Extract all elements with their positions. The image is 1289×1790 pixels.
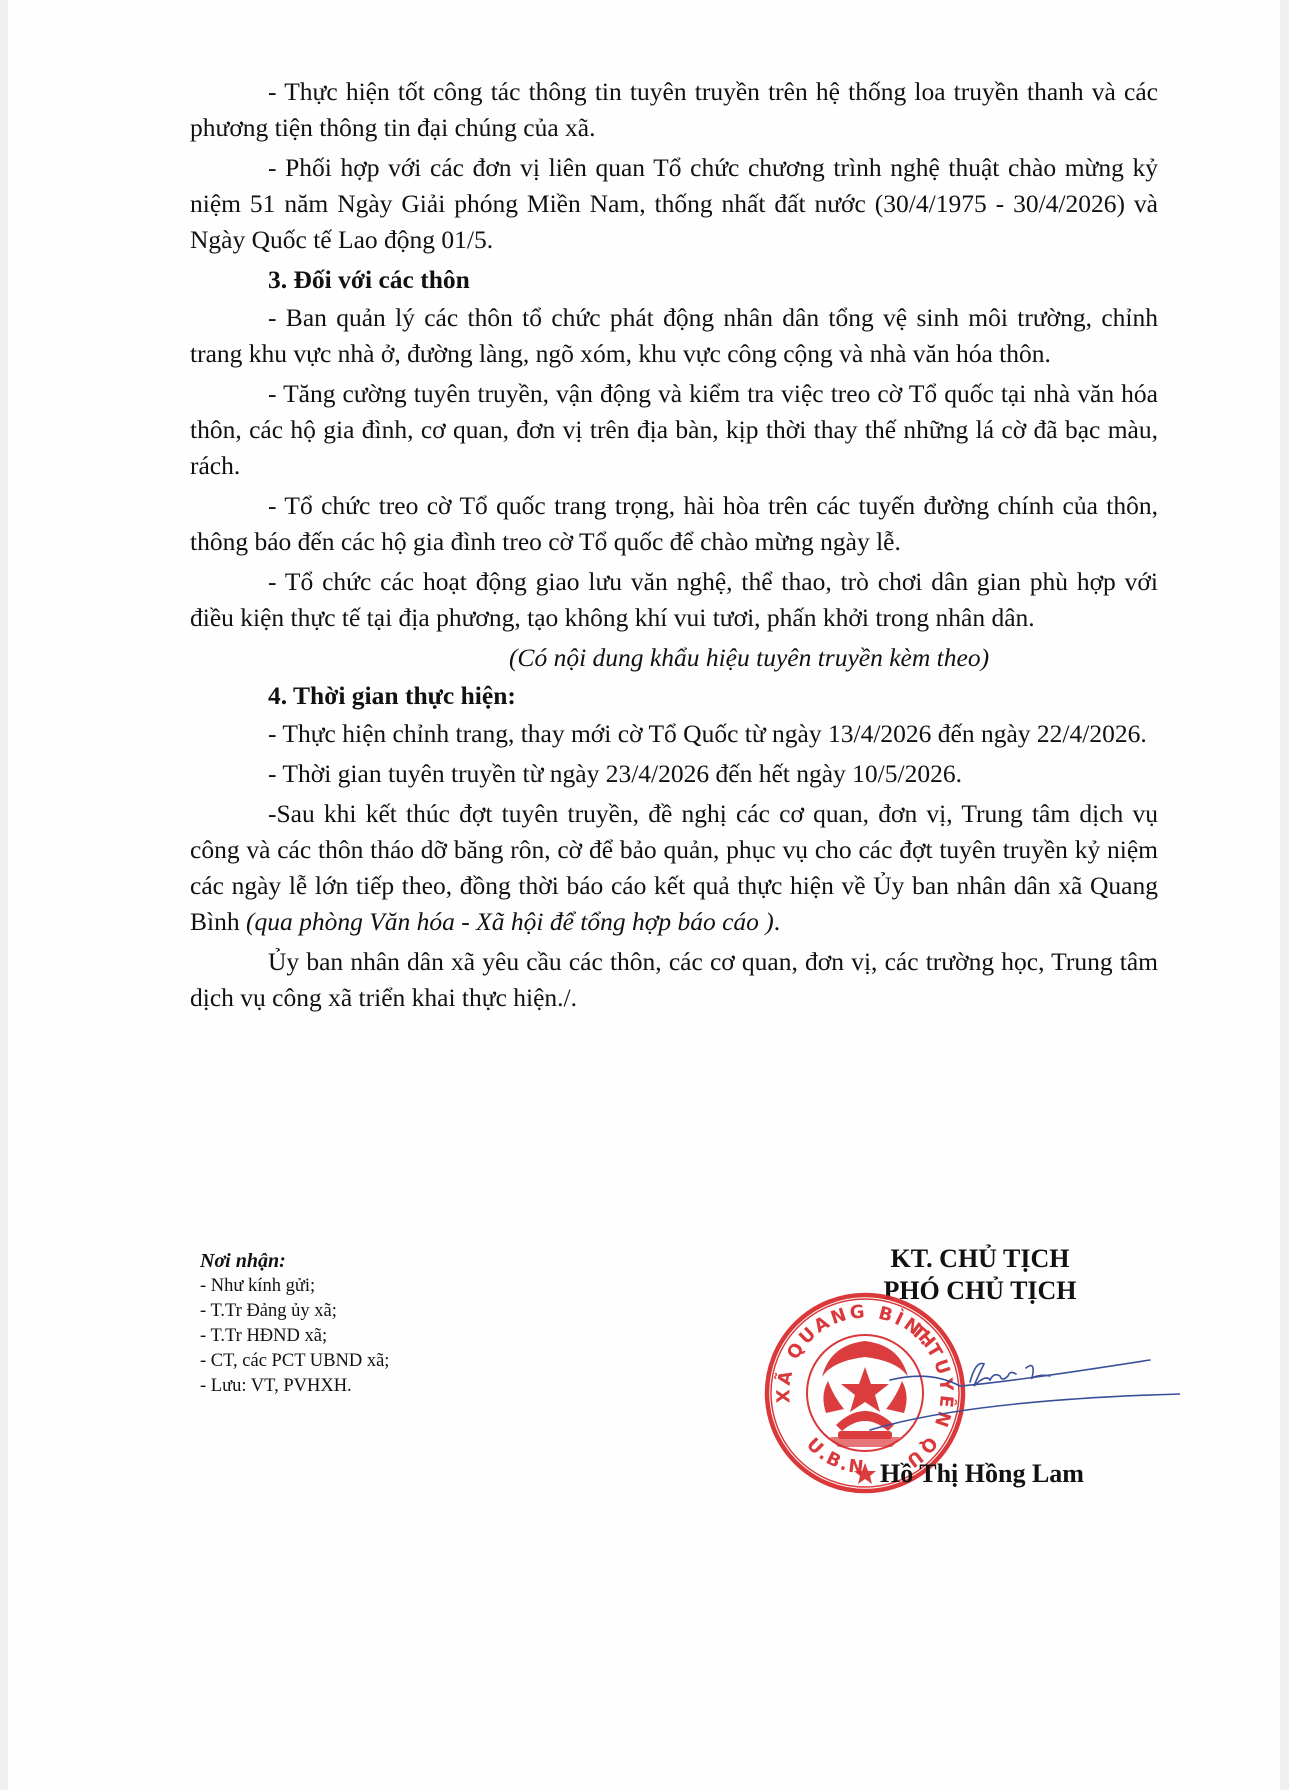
recipient-item: - Lưu: VT, PVHXH. <box>200 1374 389 1399</box>
paragraph-after-campaign: -Sau khi kết thúc đợt tuyên truyền, đề n… <box>190 796 1158 940</box>
paragraph-flag-hanging: - Tổ chức treo cờ Tổ quốc trang trọng, h… <box>190 488 1158 560</box>
paragraph-village-cleanup: - Ban quản lý các thôn tổ chức phát động… <box>190 300 1158 372</box>
after-campaign-tail: . <box>774 907 780 936</box>
signer-name: Hồ Thị Hồng Lam <box>880 1458 1084 1490</box>
signature-block: KT. CHỦ TỊCH PHÓ CHỦ TỊCH XÃ QUANG BÌNH … <box>760 1240 1180 1500</box>
slogan-attachment-note: (Có nội dung khẩu hiệu tuyên truyền kèm … <box>190 640 1158 676</box>
paragraph-art-program: - Phối hợp với các đơn vị liên quan Tổ c… <box>190 150 1158 258</box>
paragraph-flag-inspection: - Tăng cường tuyên truyền, vận động và k… <box>190 376 1158 484</box>
paragraph-closing-request: Ủy ban nhân dân xã yêu cầu các thôn, các… <box>190 944 1158 1016</box>
page-edge-left <box>0 0 8 1790</box>
recipient-item: - Như kính gửi; <box>200 1274 389 1299</box>
paragraph-loudspeaker-propaganda: - Thực hiện tốt công tác thông tin tuyên… <box>190 74 1158 146</box>
paragraph-propaganda-dates: - Thời gian tuyên truyền từ ngày 23/4/20… <box>190 756 1158 792</box>
recipients-title: Nơi nhận: <box>200 1248 389 1274</box>
after-campaign-italic-note: (qua phòng Văn hóa - Xã hội để tổng hợp … <box>246 907 774 936</box>
handwritten-signature-icon <box>850 1330 1180 1450</box>
recipients-block: Nơi nhận: - Như kính gửi; - T.Tr Đảng ủy… <box>200 1248 389 1399</box>
signature-title-line1: KT. CHỦ TỊCH <box>770 1243 1190 1275</box>
document-body: - Thực hiện tốt công tác thông tin tuyên… <box>190 74 1158 1020</box>
section-heading-timeline: 4. Thời gian thực hiện: <box>190 678 1158 714</box>
paragraph-cultural-activities: - Tổ chức các hoạt động giao lưu văn ngh… <box>190 564 1158 636</box>
recipient-item: - T.Tr Đảng ủy xã; <box>200 1299 389 1324</box>
paragraph-flag-replacement-dates: - Thực hiện chỉnh trang, thay mới cờ Tổ … <box>190 716 1158 752</box>
page-edge-right <box>1280 0 1289 1790</box>
section-heading-villages: 3. Đối với các thôn <box>190 262 1158 298</box>
recipient-item: - CT, các PCT UBND xã; <box>200 1349 389 1374</box>
recipient-item: - T.Tr HĐND xã; <box>200 1324 389 1349</box>
